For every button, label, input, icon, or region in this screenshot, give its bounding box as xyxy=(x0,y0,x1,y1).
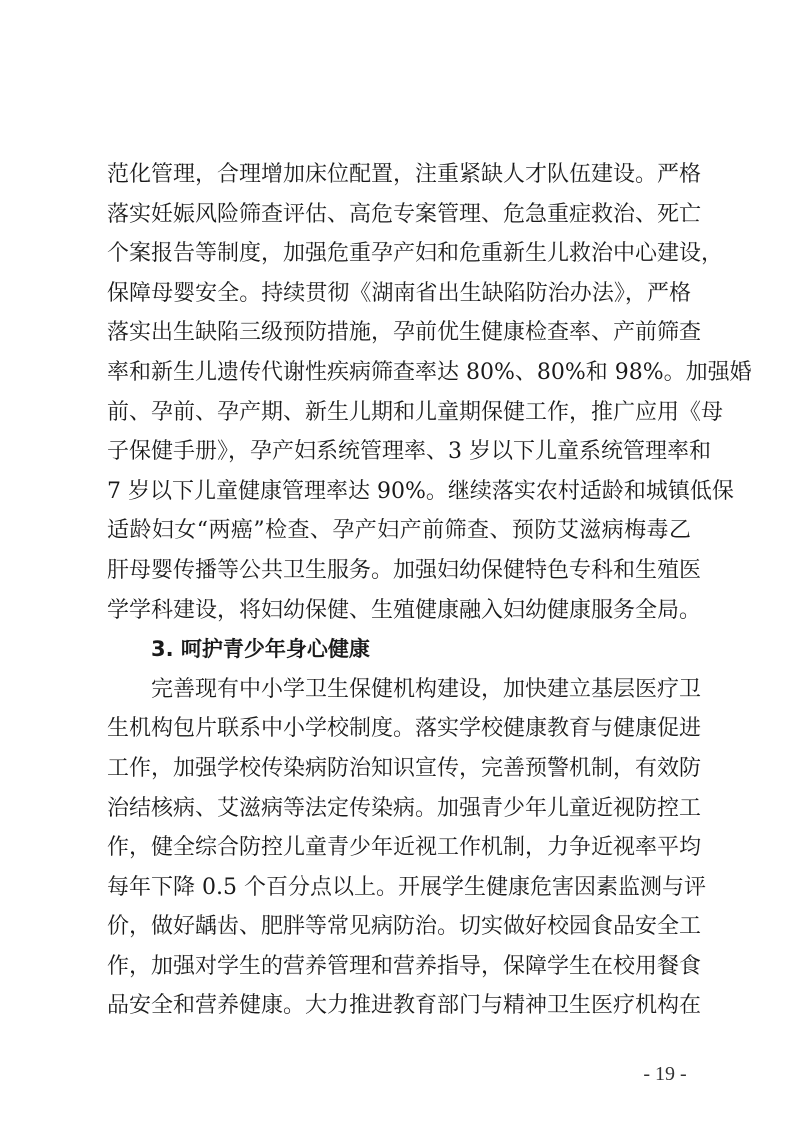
paragraph-line: 保障母婴安全。持续贯彻《湖南省出生缺陷防治办法》，严格 xyxy=(107,274,691,314)
paragraph-line: 落实妊娠风险筛查评估、高危专案管理、危急重症救治、死亡 xyxy=(107,195,691,235)
paragraph-line: 学学科建设，将妇幼保健、生殖健康融入妇幼健康服务全局。 xyxy=(107,591,691,631)
document-page: 范化管理，合理增加床位配置，注重紧缺人才队伍建设。严格 落实妊娠风险筛查评估、高… xyxy=(0,0,793,1122)
paragraph-line: 价，做好龋齿、肥胖等常见病防治。切实做好校园食品安全工 xyxy=(107,907,691,947)
paragraph-line: 肝母婴传播等公共卫生服务。加强妇幼保健特色专科和生殖医 xyxy=(107,551,691,591)
paragraph-line: 7 岁以下儿童健康管理率达 90%。继续落实农村适龄和城镇低保 xyxy=(107,472,691,512)
paragraph-line: 前、孕前、孕产期、新生儿期和儿童期保健工作，推广应用《母 xyxy=(107,393,691,433)
paragraph-line: 完善现有中小学卫生保健机构建设，加快建立基层医疗卫 xyxy=(107,670,691,710)
paragraph-line: 个案报告等制度，加强危重孕产妇和危重新生儿救治中心建设， xyxy=(107,234,691,274)
paragraph-line: 作，健全综合防控儿童青少年近视工作机制，力争近视率平均 xyxy=(107,828,691,868)
paragraph-line: 适龄妇女“两癌”检查、孕产妇产前筛查、预防艾滋病梅毒乙 xyxy=(107,511,691,551)
body-text: 范化管理，合理增加床位配置，注重紧缺人才队伍建设。严格 落实妊娠风险筛查评估、高… xyxy=(107,155,691,1026)
paragraph-line: 作，加强对学生的营养管理和营养指导，保障学生在校用餐食 xyxy=(107,947,691,987)
paragraph-line: 率和新生儿遗传代谢性疾病筛查率达 80%、80%和 98%。加强婚 xyxy=(107,353,691,393)
page-number: - 19 - xyxy=(630,1063,700,1086)
paragraph-line: 生机构包片联系中小学校制度。落实学校健康教育与健康促进 xyxy=(107,709,691,749)
paragraph-line: 治结核病、艾滋病等法定传染病。加强青少年儿童近视防控工 xyxy=(107,789,691,829)
paragraph-line: 品安全和营养健康。大力推进教育部门与精神卫生医疗机构在 xyxy=(107,986,691,1026)
paragraph-line: 子保健手册》，孕产妇系统管理率、3 岁以下儿童系统管理率和 xyxy=(107,432,691,472)
section-heading: 3. 呵护青少年身心健康 xyxy=(107,630,691,670)
paragraph-line: 工作，加强学校传染病防治知识宣传，完善预警机制，有效防 xyxy=(107,749,691,789)
paragraph-line: 每年下降 0.5 个百分点以上。开展学生健康危害因素监测与评 xyxy=(107,868,691,908)
paragraph-line: 范化管理，合理增加床位配置，注重紧缺人才队伍建设。严格 xyxy=(107,155,691,195)
paragraph-line: 落实出生缺陷三级预防措施，孕前优生健康检查率、产前筛查 xyxy=(107,313,691,353)
